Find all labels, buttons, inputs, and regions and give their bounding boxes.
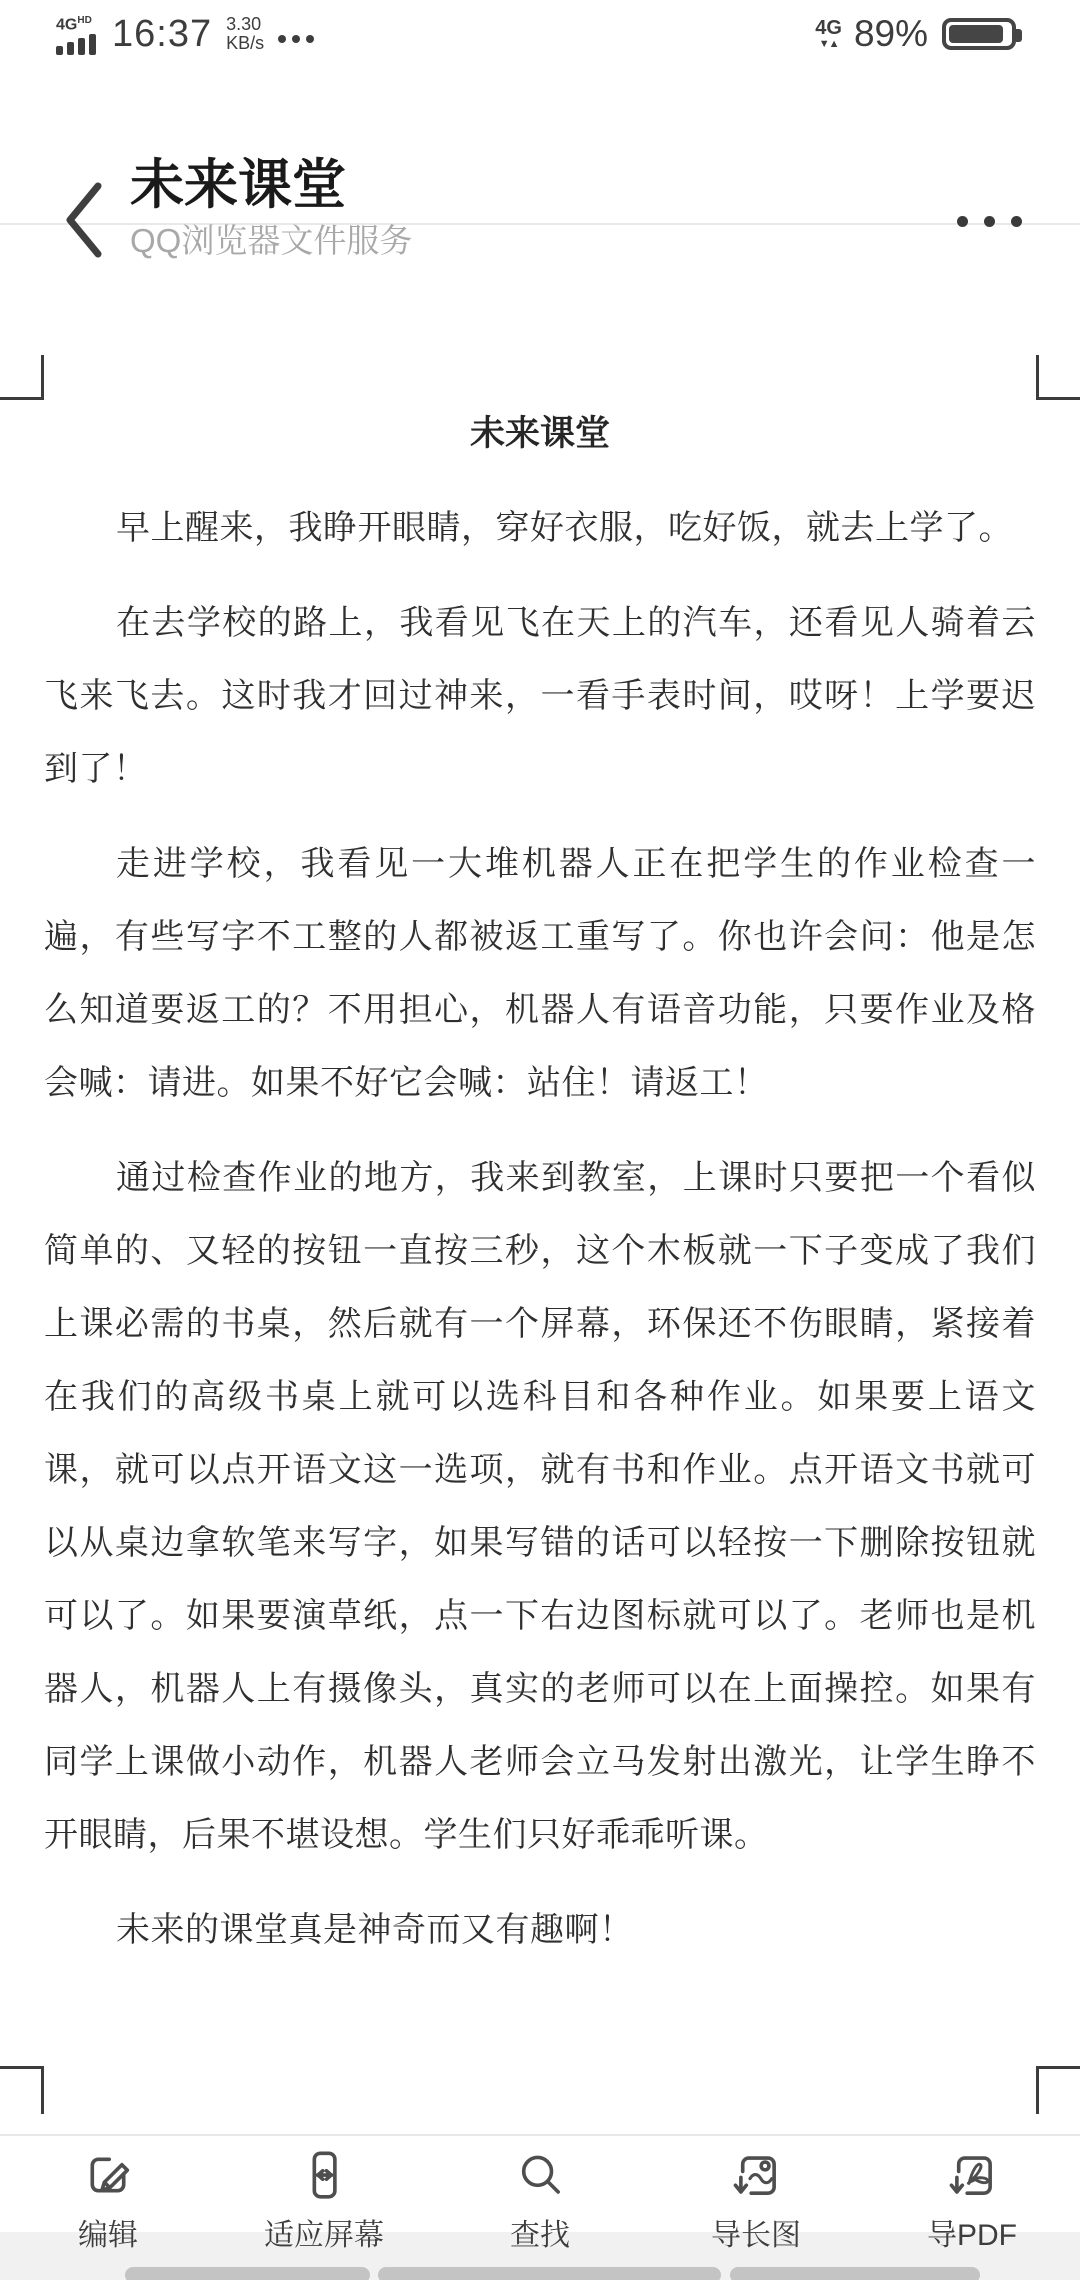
page-corner-mark bbox=[1036, 2066, 1080, 2114]
export-long-image-icon bbox=[727, 2146, 785, 2204]
bottom-pill bbox=[125, 2267, 370, 2280]
page-corner-mark bbox=[1036, 355, 1080, 400]
edit-icon bbox=[79, 2146, 137, 2204]
network-speed-value: 3.30 bbox=[226, 15, 264, 34]
status-bar: 4GHD 16:37 3.30 KB/s 4G ▼▲ 89% bbox=[0, 0, 1080, 62]
toolbar-label: 查找 bbox=[510, 2210, 570, 2254]
signal-strength-icon: 4GHD bbox=[56, 13, 96, 55]
toolbar-label: 编辑 bbox=[78, 2210, 138, 2254]
battery-icon bbox=[942, 18, 1016, 50]
toolbar-label: 适应屏幕 bbox=[264, 2210, 384, 2254]
data-arrows-icon: ▼▲ bbox=[819, 39, 839, 50]
bottom-toolbar: 编辑 适应屏幕 查找 导长图 bbox=[0, 2134, 1080, 2280]
document-page: 未来课堂 早上醒来，我睁开眼睛，穿好衣服，吃好饭，就去上学了。 在去学校的路上，… bbox=[0, 397, 1080, 1967]
document-viewport[interactable]: 未来课堂 早上醒来，我睁开眼睛，穿好衣服，吃好饭，就去上学了。 在去学校的路上，… bbox=[0, 227, 1080, 2134]
export-pdf-icon bbox=[943, 2146, 1001, 2204]
phone-screen: 4GHD 16:37 3.30 KB/s 4G ▼▲ 89% bbox=[0, 0, 1080, 2280]
document-paragraph: 早上醒来，我睁开眼睛，穿好衣服，吃好饭，就去上学了。 bbox=[44, 492, 1036, 565]
signal-bars-icon bbox=[56, 34, 96, 55]
search-icon bbox=[511, 2146, 569, 2204]
page-corner-mark bbox=[0, 2066, 44, 2114]
toolbar-label: 导长图 bbox=[711, 2210, 801, 2254]
fit-screen-icon bbox=[295, 2146, 353, 2204]
battery-percent: 89% bbox=[854, 13, 928, 55]
mobile-data-icon: 4G ▼▲ bbox=[815, 18, 842, 50]
document-title: 未来课堂 bbox=[44, 397, 1036, 470]
edit-button[interactable]: 编辑 bbox=[0, 2136, 216, 2280]
export-pdf-button[interactable]: 导PDF bbox=[864, 2136, 1080, 2280]
network-speed-unit: KB/s bbox=[226, 34, 264, 53]
app-header: 未来课堂 QQ浏览器文件服务 bbox=[0, 62, 1080, 225]
bottom-pill bbox=[730, 2267, 980, 2280]
export-long-image-button[interactable]: 导长图 bbox=[648, 2136, 864, 2280]
page-corner-mark bbox=[0, 355, 44, 400]
document-paragraph: 通过检查作业的地方，我来到教室，上课时只要把一个看似简单的、又轻的按钮一直按三秒… bbox=[44, 1142, 1036, 1872]
document-paragraph: 未来的课堂真是神奇而又有趣啊！ bbox=[44, 1894, 1036, 1967]
page-title: 未来课堂 bbox=[130, 154, 412, 216]
status-more-dots-icon bbox=[278, 35, 314, 43]
document-paragraph: 走进学校，我看见一大堆机器人正在把学生的作业检查一遍，有些写字不工整的人都被返工… bbox=[44, 828, 1036, 1120]
network-type-label: 4GHD bbox=[56, 13, 92, 32]
status-right-cluster: 4G ▼▲ 89% bbox=[815, 13, 1024, 55]
toolbar-label: 导PDF bbox=[927, 2210, 1017, 2254]
fit-screen-button[interactable]: 适应屏幕 bbox=[216, 2136, 432, 2280]
status-left-cluster: 4GHD 16:37 3.30 KB/s bbox=[56, 13, 314, 56]
find-button[interactable]: 查找 bbox=[432, 2136, 648, 2280]
bottom-pill bbox=[378, 2267, 721, 2280]
document-paragraph: 在去学校的路上，我看见飞在天上的汽车，还看见人骑着云飞来飞去。这时我才回过神来，… bbox=[44, 587, 1036, 806]
status-time: 16:37 bbox=[112, 13, 212, 56]
network-speed: 3.30 KB/s bbox=[226, 15, 264, 53]
